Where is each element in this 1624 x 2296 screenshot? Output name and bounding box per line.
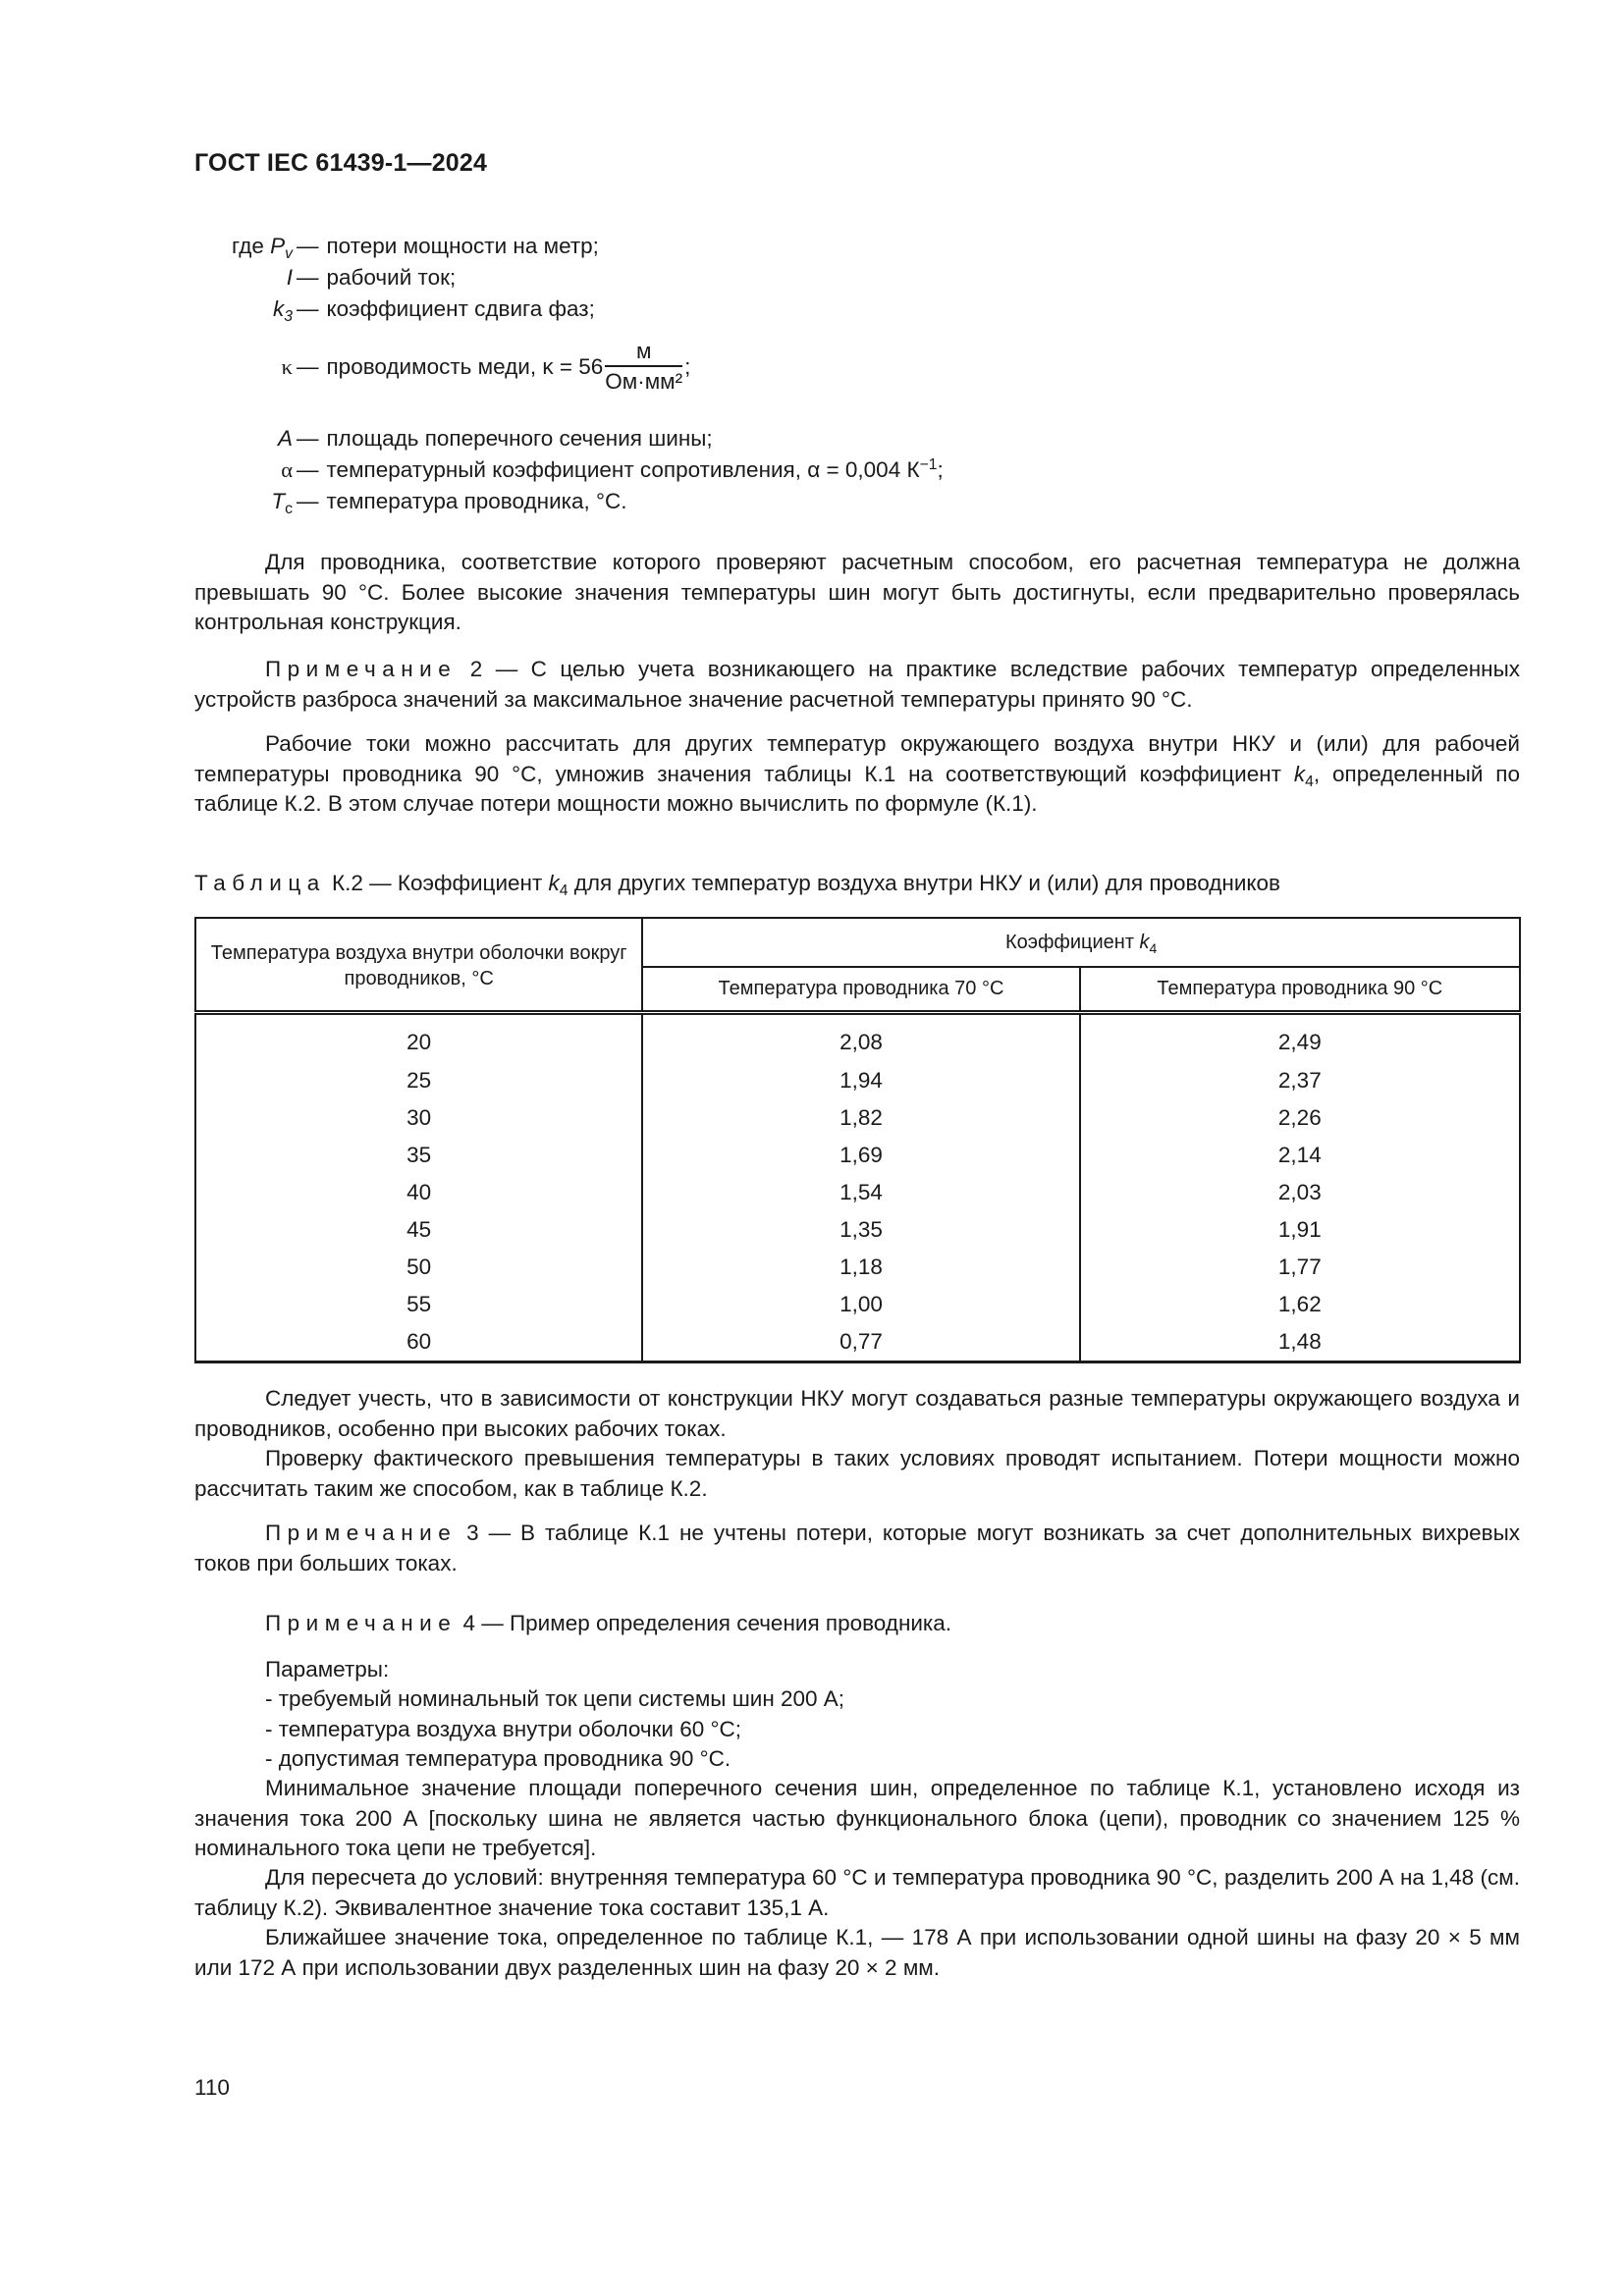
parameter-item: - температура воздуха внутри оболочки 60… xyxy=(265,1715,844,1745)
table-row: 600,771,48 xyxy=(195,1323,1520,1362)
paragraph-nearest-current: Ближайшее значение тока, определенное по… xyxy=(194,1923,1520,1983)
column-header-air-temperature: Температура воздуха внутри оболочки вокр… xyxy=(195,918,642,1012)
table-row: 301,822,26 xyxy=(195,1099,1520,1137)
cell-k4-90c: 2,49 xyxy=(1080,1012,1520,1062)
cell-k4-70c: 0,77 xyxy=(642,1323,1079,1362)
note-3: Примечание 3 — В таблице К.1 не учтены п… xyxy=(194,1519,1520,1578)
cell-k4-70c: 2,08 xyxy=(642,1012,1079,1062)
paragraph-calc-temperature: Для проводника, соответствие которого пр… xyxy=(194,548,1520,638)
definition-tc: Tc — температура проводника, °С. xyxy=(194,489,627,514)
cell-k4-70c: 1,00 xyxy=(642,1286,1079,1323)
parameters-list: - требуемый номинальный ток цепи системы… xyxy=(265,1684,844,1775)
cell-k4-90c: 2,26 xyxy=(1080,1099,1520,1137)
coefficient-table: Температура воздуха внутри оболочки вокр… xyxy=(194,917,1521,1363)
definition-alpha: α — температурный коэффициент сопротивле… xyxy=(194,457,944,483)
definition-i: I — рабочий ток; xyxy=(194,265,456,291)
table-row: 451,351,91 xyxy=(195,1211,1520,1249)
table-row: 351,692,14 xyxy=(195,1137,1520,1174)
table-caption: Таблица К.2 — Коэффициент k4 для других … xyxy=(194,871,1280,896)
cell-k4-90c: 2,14 xyxy=(1080,1137,1520,1174)
parameter-item: - допустимая температура проводника 90 °… xyxy=(265,1744,844,1775)
cell-k4-70c: 1,18 xyxy=(642,1249,1079,1286)
table-row: 551,001,62 xyxy=(195,1286,1520,1323)
cell-k4-90c: 2,03 xyxy=(1080,1174,1520,1211)
definition-kappa: κ — проводимость меди, κ = 56 м Ом·мм² ; xyxy=(194,340,690,395)
cell-air-temperature: 30 xyxy=(195,1099,642,1137)
paragraph-operating-currents: Рабочие токи можно рассчитать для других… xyxy=(194,729,1520,820)
page-number: 110 xyxy=(194,2075,230,2101)
note-2: Примечание 2 — С целью учета возникающег… xyxy=(194,655,1520,715)
definition-a: A — площадь поперечного сечения шины; xyxy=(194,426,713,452)
parameter-item: - требуемый номинальный ток цепи системы… xyxy=(265,1684,844,1715)
cell-k4-90c: 1,62 xyxy=(1080,1286,1520,1323)
paragraph-recalculation: Для пересчета до условий: внутренняя тем… xyxy=(194,1863,1520,1923)
cell-air-temperature: 50 xyxy=(195,1249,642,1286)
unit-fraction: м Ом·мм² xyxy=(605,340,682,395)
cell-k4-90c: 1,77 xyxy=(1080,1249,1520,1286)
cell-k4-90c: 1,91 xyxy=(1080,1211,1520,1249)
cell-k4-90c: 2,37 xyxy=(1080,1062,1520,1099)
cell-k4-90c: 1,48 xyxy=(1080,1323,1520,1362)
cell-air-temperature: 40 xyxy=(195,1174,642,1211)
document-header: ГОСТ IEC 61439-1—2024 xyxy=(194,149,487,178)
table-row: 251,942,37 xyxy=(195,1062,1520,1099)
cell-k4-70c: 1,94 xyxy=(642,1062,1079,1099)
table-row: 202,082,49 xyxy=(195,1012,1520,1062)
cell-air-temperature: 55 xyxy=(195,1286,642,1323)
definition-pv: где Pv — потери мощности на метр; xyxy=(194,234,599,259)
cell-air-temperature: 25 xyxy=(195,1062,642,1099)
cell-air-temperature: 45 xyxy=(195,1211,642,1249)
note-4: Примечание 4 — Пример определения сечени… xyxy=(194,1609,1520,1639)
table-row: 501,181,77 xyxy=(195,1249,1520,1286)
paragraph-verification: Проверку фактического превышения темпера… xyxy=(194,1444,1520,1504)
paragraph-min-cross-section: Минимальное значение площади поперечного… xyxy=(194,1774,1520,1864)
cell-air-temperature: 60 xyxy=(195,1323,642,1362)
table-row: 401,542,03 xyxy=(195,1174,1520,1211)
cell-k4-70c: 1,69 xyxy=(642,1137,1079,1174)
cell-k4-70c: 1,54 xyxy=(642,1174,1079,1211)
cell-air-temperature: 20 xyxy=(195,1012,642,1062)
definition-k3: k3 — коэффициент сдвига фаз; xyxy=(194,296,595,322)
column-header-90c: Температура проводника 90 °С xyxy=(1080,967,1520,1012)
paragraph-design-note: Следует учесть, что в зависимости от кон… xyxy=(194,1384,1520,1444)
column-group-header-k4: Коэффициент k4 xyxy=(642,918,1520,967)
column-header-70c: Температура проводника 70 °С xyxy=(642,967,1079,1012)
parameters-title: Параметры: xyxy=(194,1655,1520,1685)
cell-k4-70c: 1,35 xyxy=(642,1211,1079,1249)
cell-k4-70c: 1,82 xyxy=(642,1099,1079,1137)
cell-air-temperature: 35 xyxy=(195,1137,642,1174)
